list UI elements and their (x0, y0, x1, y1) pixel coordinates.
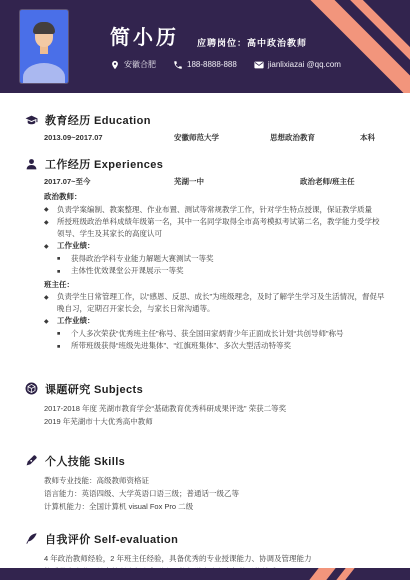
subjects-line: 2019 年芜湖市十大优秀高中教师 (44, 415, 385, 428)
education-row: 2013.09~2017.07 安徽师范大学 思想政治教育 本科 (44, 132, 385, 144)
education-school: 安徽师范大学 (174, 132, 270, 144)
cube-icon (25, 382, 38, 395)
experience-row: 2017.07~至今 芜湖一中 政治老师/班主任 (44, 176, 385, 188)
avatar (20, 10, 68, 83)
subjects-line: 2017-2018 年度 芜湖市教育学会“基础教育优秀科研成果评选” 荣获二等奖 (44, 402, 385, 415)
skills-line: 语言能力：英语四级、大学英语口语三级；普通话一级乙等 (44, 487, 385, 500)
experience-detail-text: 工作业绩： (57, 241, 95, 250)
experience-date: 2017.07~至今 (44, 176, 174, 188)
experience-company: 芜湖一中 (174, 176, 300, 188)
person-icon (25, 158, 38, 171)
experience-details: 政治教师： 负责学案编制、教案整理、作业布置、测试等常规教学工作，针对学生特点授… (44, 191, 385, 352)
candidate-name: 简小历 (110, 21, 179, 50)
experience-detail-line: 负责学案编制、教案整理、作业布置、测试等常规教学工作，针对学生特点授课，保证教学… (44, 204, 385, 216)
experience-detail-text: 个人多次荣获“优秀班主任”称号、获全国田家炳青少年正面成长计划“共创导师”称号 (71, 329, 344, 338)
avatar-shirt (23, 63, 65, 83)
experience-detail-text: 主体性优效课堂公开课展示一等奖 (71, 266, 184, 275)
education-title: 教育经历 Education (45, 112, 151, 128)
footer-stripe-thick (309, 568, 335, 580)
skills-title: 个人技能 Skills (45, 453, 125, 469)
experience-header: 工作经历 Experiences (25, 156, 385, 172)
graduation-cap-icon (25, 114, 38, 127)
education-major: 思想政治教育 (270, 132, 360, 144)
education-header: 教育经历 Education (25, 112, 385, 128)
resume-body: 教育经历 Education 2013.09~2017.07 安徽师范大学 思想… (0, 93, 410, 578)
education-rows: 2013.09~2017.07 安徽师范大学 思想政治教育 本科 (44, 132, 385, 144)
experience-detail-line: 个人多次荣获“优秀班主任”称号、获全国田家炳青少年正面成长计划“共创导师”称号 (44, 328, 385, 340)
section-subjects: 课题研究 Subjects 2017-2018 年度 芜湖市教育学会“基础教育优… (0, 381, 410, 428)
subjects-title: 课题研究 Subjects (45, 381, 143, 397)
experience-detail-text: 工作业绩： (57, 316, 95, 325)
resume-page: 简小历 应聘岗位：高中政治教师 安徽合肥 188-8888-888 jianli… (0, 0, 410, 580)
section-education: 教育经历 Education 2013.09~2017.07 安徽师范大学 思想… (0, 112, 410, 144)
experience-detail-line: 负责学生日常管理工作，以“感恩、反思、成长”为班级理念，及时了解学生学习及生活情… (44, 291, 385, 314)
contact-row: 安徽合肥 188-8888-888 jianlixiazai @qq.com (110, 59, 358, 70)
contact-phone: 188-8888-888 (173, 60, 237, 70)
experience-detail-text: 获得政治学科专业能力解题大赛测试一等奖 (71, 254, 214, 263)
self-evaluation-title: 自我评价 Self-evaluation (45, 531, 178, 547)
experience-detail-line: 政治教师： (44, 191, 385, 203)
experience-detail-text: 班主任： (44, 280, 74, 289)
experience-detail-text: 负责学生日常管理工作，以“感恩、反思、成长”为班级理念，及时了解学生学习及生活情… (57, 292, 385, 313)
footer-stripe-thin (336, 568, 354, 580)
skills-line: 计算机能力：全国计算机 visual Fox Pro 二级 (44, 500, 385, 513)
avatar-hair (33, 22, 55, 34)
subjects-lines: 2017-2018 年度 芜湖市教育学会“基础教育优秀科研成果评选” 荣获二等奖… (44, 402, 385, 428)
education-date: 2013.09~2017.07 (44, 132, 174, 144)
contact-email: jianlixiazai @qq.com (254, 60, 341, 70)
experience-detail-line: 所授班级政治单科成绩年级第一名，其中一名同学取得全市高考模拟考试第二名，教学能力… (44, 216, 385, 239)
email-icon (254, 60, 264, 70)
applied-position: 应聘岗位：高中政治教师 (197, 36, 307, 49)
education-degree: 本科 (360, 132, 385, 144)
section-skills: 个人技能 Skills 教师专业技能：高级教师资格证 语言能力：英语四级、大学英… (0, 453, 410, 513)
experience-detail-line: 所带班级获得“班级先进集体”、“红旗班集体”、多次大型活动特等奖 (44, 340, 385, 352)
experience-detail-line: 工作业绩： (44, 240, 385, 252)
pen-nib-icon (25, 454, 38, 467)
self-evaluation-line: 4 年政治教师经验，2 年班主任经验，具备优秀的专业授课能力、协调及管理能力 (44, 552, 385, 565)
experience-title: 工作经历 Experiences (45, 156, 163, 172)
experience-detail-line: 班主任： (44, 279, 385, 291)
phone-text: 188-8888-888 (187, 60, 237, 69)
experience-role: 政治老师/班主任 (300, 176, 385, 188)
skills-line: 教师专业技能：高级教师资格证 (44, 474, 385, 487)
experience-rows: 2017.07~至今 芜湖一中 政治老师/班主任 (44, 176, 385, 188)
experience-detail-line: 主体性优效课堂公开课展示一等奖 (44, 265, 385, 277)
location-text: 安徽合肥 (124, 59, 156, 70)
phone-icon (173, 60, 183, 70)
section-experience: 工作经历 Experiences 2017.07~至今 芜湖一中 政治老师/班主… (0, 156, 410, 352)
location-pin-icon (110, 60, 120, 70)
contact-location: 安徽合肥 (110, 59, 156, 70)
skills-lines: 教师专业技能：高级教师资格证 语言能力：英语四级、大学英语口语三级；普通话一级乙… (44, 474, 385, 513)
skills-header: 个人技能 Skills (25, 453, 385, 469)
experience-detail-text: 所带班级获得“班级先进集体”、“红旗班集体”、多次大型活动特等奖 (71, 341, 291, 350)
experience-detail-text: 负责学案编制、教案整理、作业布置、测试等常规教学工作，针对学生特点授课，保证教学… (57, 205, 372, 214)
header-banner: 简小历 应聘岗位：高中政治教师 安徽合肥 188-8888-888 jianli… (0, 0, 410, 93)
self-evaluation-header: 自我评价 Self-evaluation (25, 531, 385, 547)
footer-band (0, 568, 410, 580)
experience-detail-line: 工作业绩： (44, 315, 385, 327)
email-text: jianlixiazai @qq.com (268, 60, 341, 69)
experience-detail-line: 获得政治学科专业能力解题大赛测试一等奖 (44, 253, 385, 265)
feather-icon (25, 532, 38, 545)
subjects-header: 课题研究 Subjects (25, 381, 385, 397)
experience-detail-text: 政治教师： (44, 192, 82, 201)
experience-detail-text: 所授班级政治单科成绩年级第一名，其中一名同学取得全市高考模拟考试第二名，教学能力… (57, 217, 380, 238)
